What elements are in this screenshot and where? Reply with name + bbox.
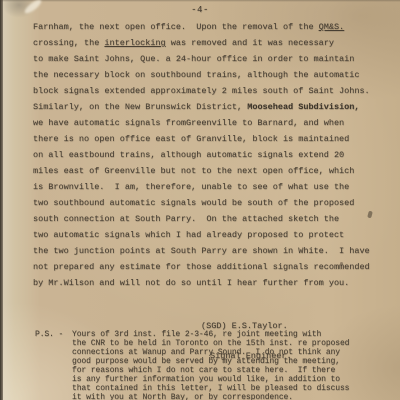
postscript-line: connections at Wanup and Parry Sound. I … (72, 348, 349, 357)
body-line: two southbound automatic signals would b… (33, 195, 383, 211)
body-line: miles east of Greenville but not to the … (33, 163, 383, 179)
body-line-text: was removed and it was necessary (166, 38, 334, 48)
body-line: we have automatic signals fromGreenville… (33, 115, 383, 131)
body-line: to make Saint Johns, Que. a 24-hour offi… (33, 51, 383, 67)
postscript-line: good purpose would be served by my atten… (72, 357, 349, 366)
scanned-letter-page: -4- Farnham, the next open office. Upon … (0, 0, 400, 400)
paper-top-edge (0, 0, 400, 2)
page-number: -4- (0, 5, 400, 15)
postscript-line: for reasons which I do not care to state… (72, 366, 349, 375)
body-line: the necessary block on southbound trains… (33, 67, 383, 83)
postscript-line: is any further information you would lik… (72, 375, 349, 384)
underlined-word: interlocking (104, 38, 165, 48)
postscript: P.S. - Yours of 3rd inst. file 2-3-46, r… (35, 330, 349, 400)
body-line: Similarly, on the New Brunswick District… (33, 99, 383, 115)
postscript-line: Yours of 3rd inst. file 2-3-46, re joint… (72, 330, 349, 339)
postscript-line: the CNR to be held in Toronto on the 15t… (72, 339, 349, 348)
body-line: crossing, the interlocking was removed a… (33, 35, 383, 51)
body-line: block signals extended approximately 2 m… (33, 83, 383, 99)
body-line: south connection at South Parry. On the … (33, 211, 383, 227)
body-line: there is no open office east of Granvill… (33, 131, 383, 147)
letter-body: Farnham, the next open office. Upon the … (33, 19, 383, 291)
body-line-text: Farnham, the next open office. Upon the … (33, 22, 319, 32)
body-line: the two junction points at South Parry a… (33, 243, 383, 259)
postscript-line: it with you at North Bay, or by correspo… (72, 393, 349, 400)
postscript-label: P.S. - (35, 330, 63, 339)
body-line: on all eastbound trains, although automa… (33, 147, 383, 163)
body-line: Farnham, the next open office. Upon the … (33, 19, 383, 35)
underlined-word: QM&S. (319, 22, 345, 32)
emphasized-words: Moosehead Subdivision, (247, 102, 359, 112)
paper-left-edge (0, 0, 3, 400)
postscript-lines: Yours of 3rd inst. file 2-3-46, re joint… (72, 330, 349, 400)
body-line: is Brownville. I am, therefore, unable t… (33, 179, 383, 195)
body-line-text: Similarly, on the New Brunswick District… (33, 102, 247, 112)
body-line: two automatic signals which I had alread… (33, 227, 383, 243)
body-line-text: crossing, the (33, 38, 104, 48)
body-line: by Mr.Wilson and will not do so until I … (33, 275, 383, 291)
body-line: not prepared any estimate for those addi… (33, 259, 383, 275)
postscript-line: that contained in this letter, I will be… (72, 384, 349, 393)
